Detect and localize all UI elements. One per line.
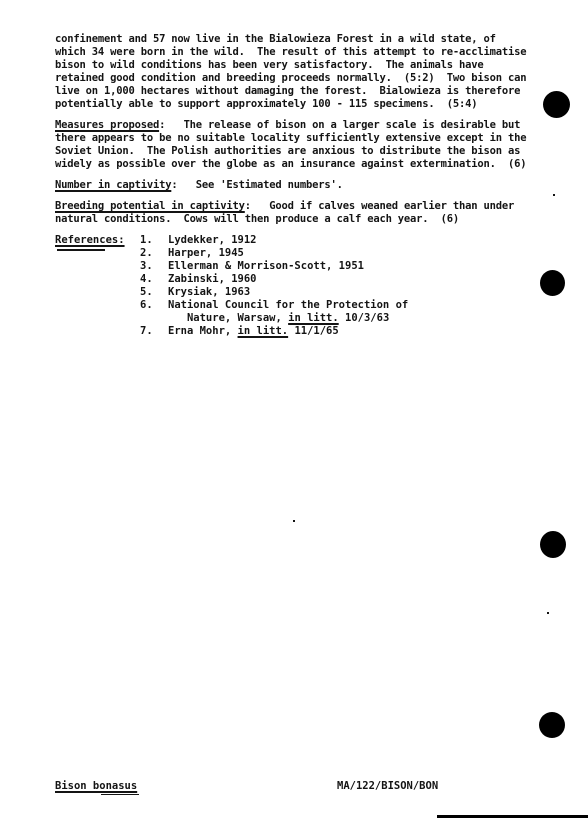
reference-number: 7. — [140, 325, 168, 338]
reference-text-lit: in litt. — [238, 325, 289, 337]
reference-number: 3. — [140, 260, 168, 273]
reference-number: 2. — [140, 247, 168, 260]
references-double-underline — [57, 249, 105, 251]
reference-number: 4. — [140, 273, 168, 286]
reference-item: 3.Ellerman & Morrison-Scott, 1951 — [140, 260, 535, 273]
reference-text: Harper, 1945 — [168, 247, 244, 260]
reference-text-pre: Erna Mohr, — [168, 325, 238, 337]
paragraph-continuation: confinement and 57 now live in the Bialo… — [55, 33, 582, 111]
reference-text-lit: in litt. — [288, 312, 339, 324]
page-footer: Bison bonasus MA/122/BISON/BON — [55, 780, 555, 793]
scan-speck — [293, 520, 295, 522]
section-number-in-captivity-body: : See 'Estimated numbers'. — [171, 179, 342, 191]
scan-speck — [547, 612, 549, 614]
heading-measures-proposed: Measures proposed — [55, 119, 159, 131]
document-page: confinement and 57 now live in the Bialo… — [0, 0, 588, 818]
footer-species-name: Bison bonasus — [55, 780, 137, 792]
section-measures-proposed: Measures proposed: The release of bison … — [55, 119, 582, 171]
reference-text-post: 10/3/63 — [339, 312, 390, 324]
references-section: References: 1.Lydekker, 1912 2.Harper, 1… — [55, 234, 535, 338]
reference-text-pre: Harper, 1945 — [168, 247, 244, 259]
reference-text-pre: Ellerman & Morrison-Scott, 1951 — [168, 260, 364, 272]
reference-number: 6. — [140, 299, 168, 325]
reference-item: 2.Harper, 1945 — [140, 247, 535, 260]
hole-punch-dot — [540, 531, 566, 558]
reference-text-pre: Lydekker, 1912 — [168, 234, 257, 246]
scan-speck — [553, 194, 555, 196]
reference-text: National Council for the Protection of N… — [168, 299, 408, 325]
hole-punch-dot — [543, 91, 570, 118]
reference-item: 6.National Council for the Protection of… — [140, 299, 535, 325]
reference-number: 5. — [140, 286, 168, 299]
footer-double-underline — [101, 794, 139, 796]
reference-text: Ellerman & Morrison-Scott, 1951 — [168, 260, 364, 273]
reference-item: 7.Erna Mohr, in litt. 11/1/65 — [140, 325, 535, 338]
reference-item: 4.Zabinski, 1960 — [140, 273, 535, 286]
reference-text: Erna Mohr, in litt. 11/1/65 — [168, 325, 339, 338]
reference-number: 1. — [140, 234, 168, 247]
references-label: References: — [55, 234, 125, 247]
section-number-in-captivity: Number in captivity: See 'Estimated numb… — [55, 179, 582, 192]
heading-breeding-potential: Breeding potential in captivity — [55, 200, 245, 212]
reference-text-pre: Zabinski, 1960 — [168, 273, 257, 285]
reference-text: Zabinski, 1960 — [168, 273, 257, 286]
reference-item: 5.Krysiak, 1963 — [140, 286, 535, 299]
reference-text-pre: Krysiak, 1963 — [168, 286, 250, 298]
reference-item: 1.Lydekker, 1912 — [140, 234, 535, 247]
heading-number-in-captivity: Number in captivity — [55, 179, 171, 191]
reference-text-post: 11/1/65 — [288, 325, 339, 337]
reference-text: Lydekker, 1912 — [168, 234, 257, 247]
reference-text: Krysiak, 1963 — [168, 286, 250, 299]
footer-reference-code: MA/122/BISON/BON — [337, 780, 438, 793]
hole-punch-dot — [539, 712, 565, 738]
section-breeding-potential: Breeding potential in captivity: Good if… — [55, 200, 582, 226]
hole-punch-dot — [540, 270, 565, 296]
references-list: 1.Lydekker, 1912 2.Harper, 1945 3.Ellerm… — [140, 234, 535, 338]
